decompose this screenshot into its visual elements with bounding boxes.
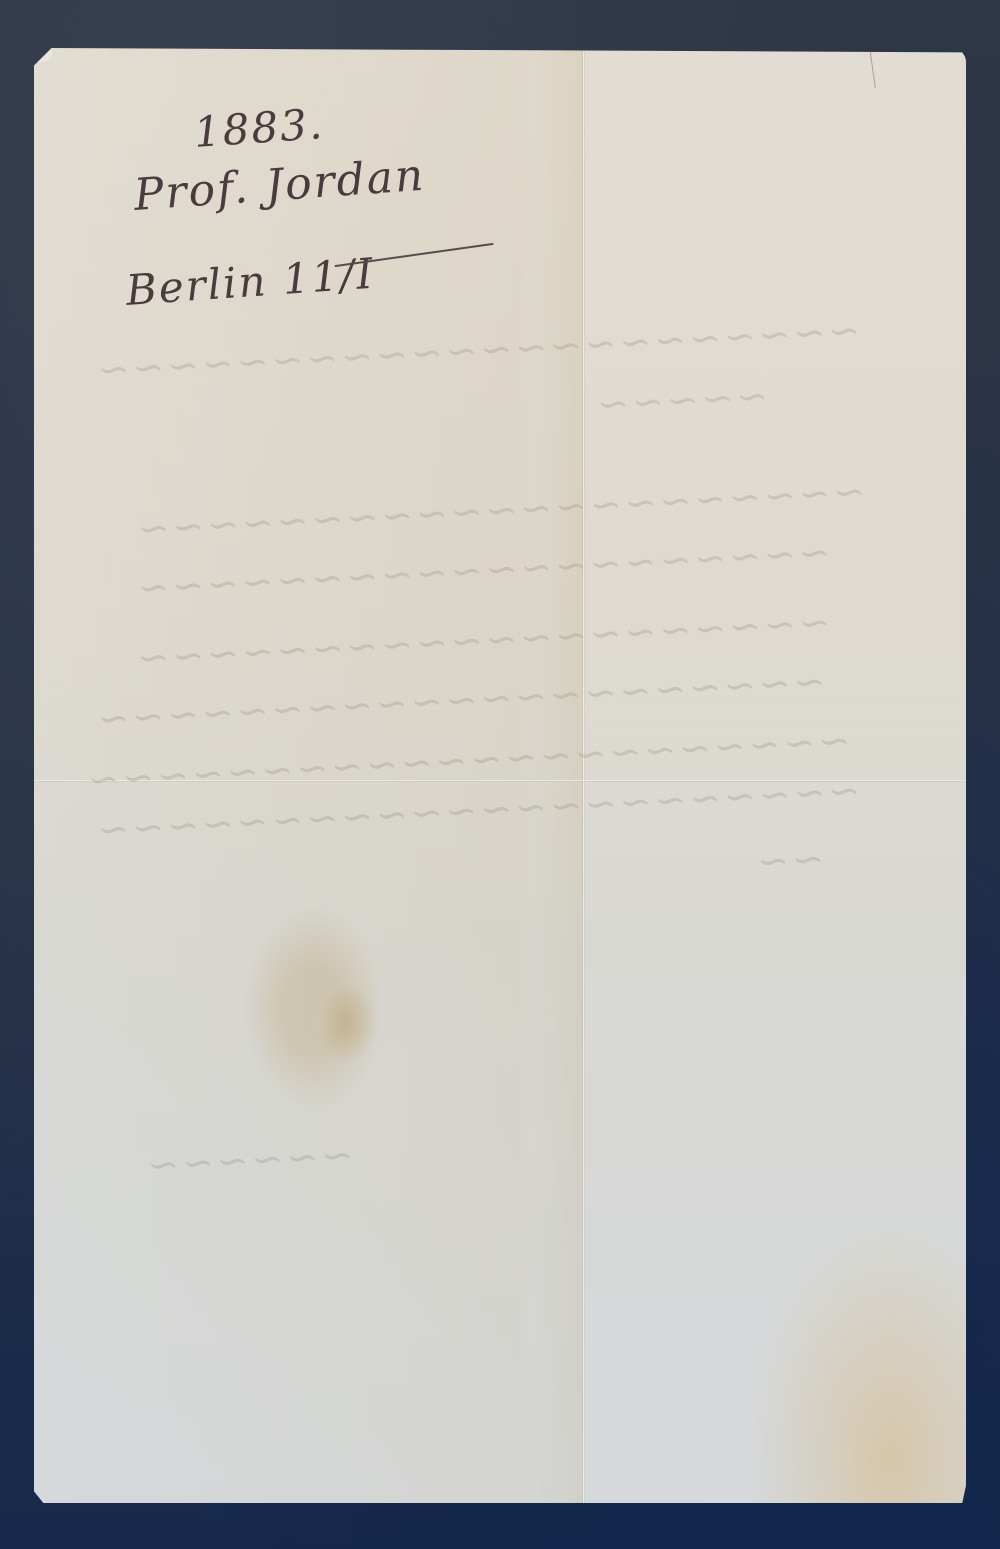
bleed-through-line: ~~~~~ xyxy=(593,373,769,426)
top-edge-tear xyxy=(869,48,888,88)
annotation-year: 1883. xyxy=(192,99,325,157)
bleed-through-signature: ~~~~~~ xyxy=(143,1133,354,1188)
paper-stain xyxy=(317,983,377,1063)
annotation-place-date: Berlin 11/I xyxy=(124,249,376,315)
annotation-name: Prof. Jordan xyxy=(132,150,427,221)
paper-sheet: ~~~~~~~~~~~~~~~~~~~~~~ ~~~~~ ~~~~~~~~~~~… xyxy=(34,48,966,1503)
bleed-through-line: ~~ xyxy=(753,836,825,884)
